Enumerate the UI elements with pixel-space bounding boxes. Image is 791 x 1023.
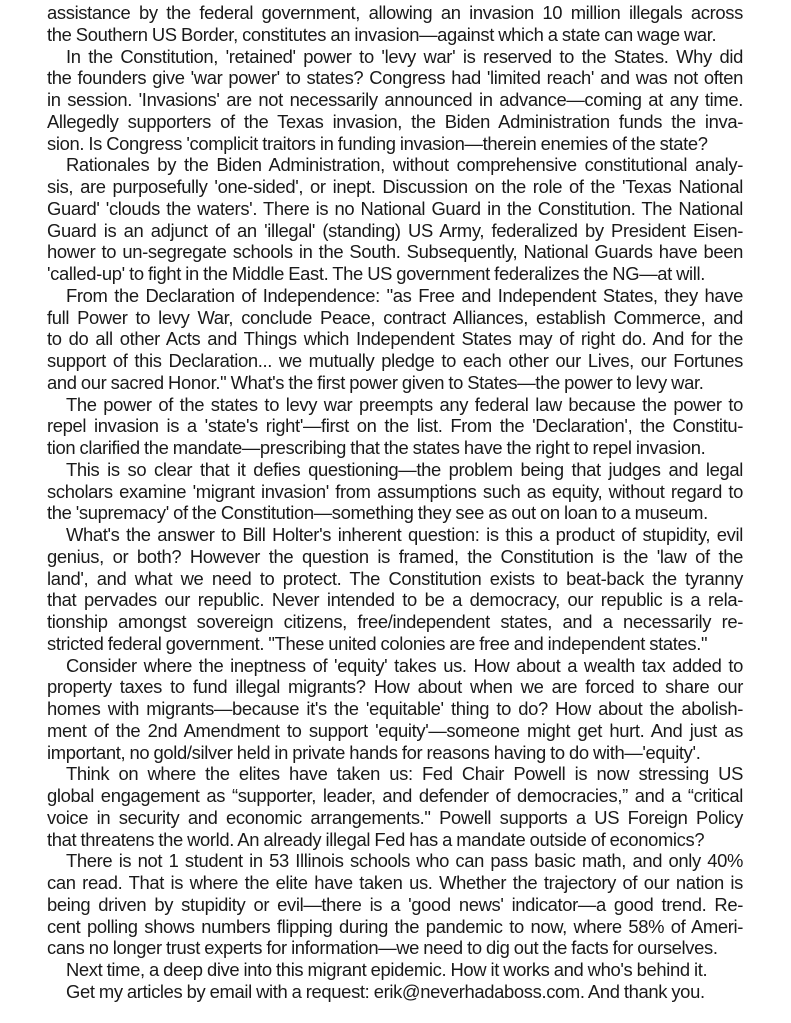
text-line-content: Consider where the ineptness of 'equity'…	[66, 655, 743, 677]
paragraph: What's the answer to Bill Holter's inher…	[47, 524, 743, 655]
text-line: and our sacred Honor." What's the first …	[47, 372, 743, 394]
text-line-content: In the Constitution, 'retained' power to…	[66, 46, 743, 68]
text-line-content: full Power to levy War, conclude Peace, …	[47, 307, 743, 329]
text-line-content: ment of the 2nd Amendment to support 'eq…	[47, 720, 743, 742]
text-line-content: that threatens the world. An already ill…	[47, 829, 743, 851]
text-line-content: cent polling shows numbers flipping duri…	[47, 916, 743, 938]
text-line-content: From the Declaration of Independence: "a…	[66, 285, 743, 307]
text-line-content: the 'supremacy' of the Constitution—some…	[47, 502, 743, 524]
text-line-content: tionship amongst sovereign citizens, fre…	[47, 611, 743, 633]
text-line: Rationales by the Biden Administration, …	[47, 154, 743, 176]
text-line-content: the Southern US Border, constitutes an i…	[47, 24, 743, 46]
text-line: Guard is an adjunct of an 'illegal' (sta…	[47, 220, 743, 242]
text-line-content: There is not 1 student in 53 Illinois sc…	[66, 850, 743, 872]
text-line-content: What's the answer to Bill Holter's inher…	[66, 524, 743, 546]
text-line: Guard' 'clouds the waters'. There is no …	[47, 198, 743, 220]
text-line-content: land', and what we need to protect. The …	[47, 568, 743, 590]
text-line: tion clarified the mandate—prescribing t…	[47, 437, 743, 459]
text-line-content: global engagement as “supporter, leader,…	[47, 785, 743, 807]
text-line-content: in session. 'Invasions' are not necessar…	[47, 89, 743, 111]
text-line: voice in security and economic arrangeme…	[47, 807, 743, 829]
text-line-content: sion. Is Congress 'complicit traitors in…	[47, 133, 743, 155]
text-line-content: that pervades our republic. Never intend…	[47, 589, 743, 611]
text-line: hower to un-segregate schools in the Sou…	[47, 241, 743, 263]
paragraph: The power of the states to levy war pree…	[47, 394, 743, 459]
text-line: Consider where the ineptness of 'equity'…	[47, 655, 743, 677]
text-line: 'called-up' to fight in the Middle East.…	[47, 263, 743, 285]
text-line-content: scholars examine 'migrant invasion' from…	[47, 481, 743, 503]
text-line: sis, are purposefully 'one-sided', or in…	[47, 176, 743, 198]
text-line: homes with migrants—because it's the 'eq…	[47, 698, 743, 720]
text-line: Allegedly supporters of the Texas invasi…	[47, 111, 743, 133]
text-line: There is not 1 student in 53 Illinois sc…	[47, 850, 743, 872]
text-line-content: assistance by the federal government, al…	[47, 2, 743, 24]
text-line-content: cans no longer trust experts for informa…	[47, 937, 743, 959]
text-line: This is so clear that it defies question…	[47, 459, 743, 481]
text-line-content: This is so clear that it defies question…	[66, 459, 743, 481]
text-line: stricted federal government. "These unit…	[47, 633, 743, 655]
text-line: repel invasion is a 'state's right'—firs…	[47, 415, 743, 437]
text-line: scholars examine 'migrant invasion' from…	[47, 481, 743, 503]
text-line: property taxes to fund illegal migrants?…	[47, 676, 743, 698]
text-line: that threatens the world. An already ill…	[47, 829, 743, 851]
text-line: Get my articles by email with a request:…	[47, 981, 743, 1003]
text-line: support of this Declaration... we mutual…	[47, 350, 743, 372]
text-line: the founders give 'war power' to states?…	[47, 67, 743, 89]
text-line-content: hower to un-segregate schools in the Sou…	[47, 241, 743, 263]
text-line-content: voice in security and economic arrangeme…	[47, 807, 743, 829]
text-line: genius, or both? However the question is…	[47, 546, 743, 568]
text-line: that pervades our republic. Never intend…	[47, 589, 743, 611]
text-line: the Southern US Border, constitutes an i…	[47, 24, 743, 46]
text-line-content: Next time, a deep dive into this migrant…	[66, 959, 743, 981]
text-line: What's the answer to Bill Holter's inher…	[47, 524, 743, 546]
text-line-content: the founders give 'war power' to states?…	[47, 67, 743, 89]
text-line: can read. That is where the elite have t…	[47, 872, 743, 894]
text-line: ment of the 2nd Amendment to support 'eq…	[47, 720, 743, 742]
text-line: Think on where the elites have taken us:…	[47, 763, 743, 785]
text-line: Next time, a deep dive into this migrant…	[47, 959, 743, 981]
text-line: full Power to levy War, conclude Peace, …	[47, 307, 743, 329]
text-line: to do all other Acts and Things which In…	[47, 328, 743, 350]
text-line: being driven by stupidity or evil—there …	[47, 894, 743, 916]
text-line: land', and what we need to protect. The …	[47, 568, 743, 590]
paragraph: Consider where the ineptness of 'equity'…	[47, 655, 743, 764]
text-line: sion. Is Congress 'complicit traitors in…	[47, 133, 743, 155]
text-line-content: Rationales by the Biden Administration, …	[66, 154, 743, 176]
paragraph: Next time, a deep dive into this migrant…	[47, 959, 743, 981]
text-line: assistance by the federal government, al…	[47, 2, 743, 24]
text-line-content: repel invasion is a 'state's right'—firs…	[47, 415, 743, 437]
text-line: global engagement as “supporter, leader,…	[47, 785, 743, 807]
text-line-content: genius, or both? However the question is…	[47, 546, 743, 568]
text-line: The power of the states to levy war pree…	[47, 394, 743, 416]
paragraph: From the Declaration of Independence: "a…	[47, 285, 743, 394]
paragraph: assistance by the federal government, al…	[47, 2, 743, 46]
text-line-content: important, no gold/silver held in privat…	[47, 742, 743, 764]
text-line-content: homes with migrants—because it's the 'eq…	[47, 698, 743, 720]
text-line: From the Declaration of Independence: "a…	[47, 285, 743, 307]
text-line: in session. 'Invasions' are not necessar…	[47, 89, 743, 111]
paragraph: Think on where the elites have taken us:…	[47, 763, 743, 850]
text-line: the 'supremacy' of the Constitution—some…	[47, 502, 743, 524]
text-line-content: The power of the states to levy war pree…	[66, 394, 743, 416]
text-line-content: Think on where the elites have taken us:…	[66, 763, 743, 785]
paragraph: Rationales by the Biden Administration, …	[47, 154, 743, 285]
text-line-content: Allegedly supporters of the Texas invasi…	[47, 111, 743, 133]
text-line-content: Get my articles by email with a request:…	[66, 981, 743, 1003]
text-line-content: Guard' 'clouds the waters'. There is no …	[47, 198, 743, 220]
text-line: cans no longer trust experts for informa…	[47, 937, 743, 959]
paragraph: Get my articles by email with a request:…	[47, 981, 743, 1003]
text-line-content: property taxes to fund illegal migrants?…	[47, 676, 743, 698]
text-line-content: Guard is an adjunct of an 'illegal' (sta…	[47, 220, 743, 242]
paragraph: This is so clear that it defies question…	[47, 459, 743, 524]
text-line: tionship amongst sovereign citizens, fre…	[47, 611, 743, 633]
text-line: cent polling shows numbers flipping duri…	[47, 916, 743, 938]
text-line-content: sis, are purposefully 'one-sided', or in…	[47, 176, 743, 198]
text-line: important, no gold/silver held in privat…	[47, 742, 743, 764]
text-line-content: being driven by stupidity or evil—there …	[47, 894, 743, 916]
text-line-content: 'called-up' to fight in the Middle East.…	[47, 263, 743, 285]
article-body: assistance by the federal government, al…	[47, 2, 743, 1003]
text-line: In the Constitution, 'retained' power to…	[47, 46, 743, 68]
text-line-content: stricted federal government. "These unit…	[47, 633, 743, 655]
text-line-content: can read. That is where the elite have t…	[47, 872, 743, 894]
text-line-content: tion clarified the mandate—prescribing t…	[47, 437, 743, 459]
text-line-content: to do all other Acts and Things which In…	[47, 328, 743, 350]
text-line-content: support of this Declaration... we mutual…	[47, 350, 743, 372]
text-line-content: and our sacred Honor." What's the first …	[47, 372, 743, 394]
paragraph: In the Constitution, 'retained' power to…	[47, 46, 743, 155]
paragraph: There is not 1 student in 53 Illinois sc…	[47, 850, 743, 959]
